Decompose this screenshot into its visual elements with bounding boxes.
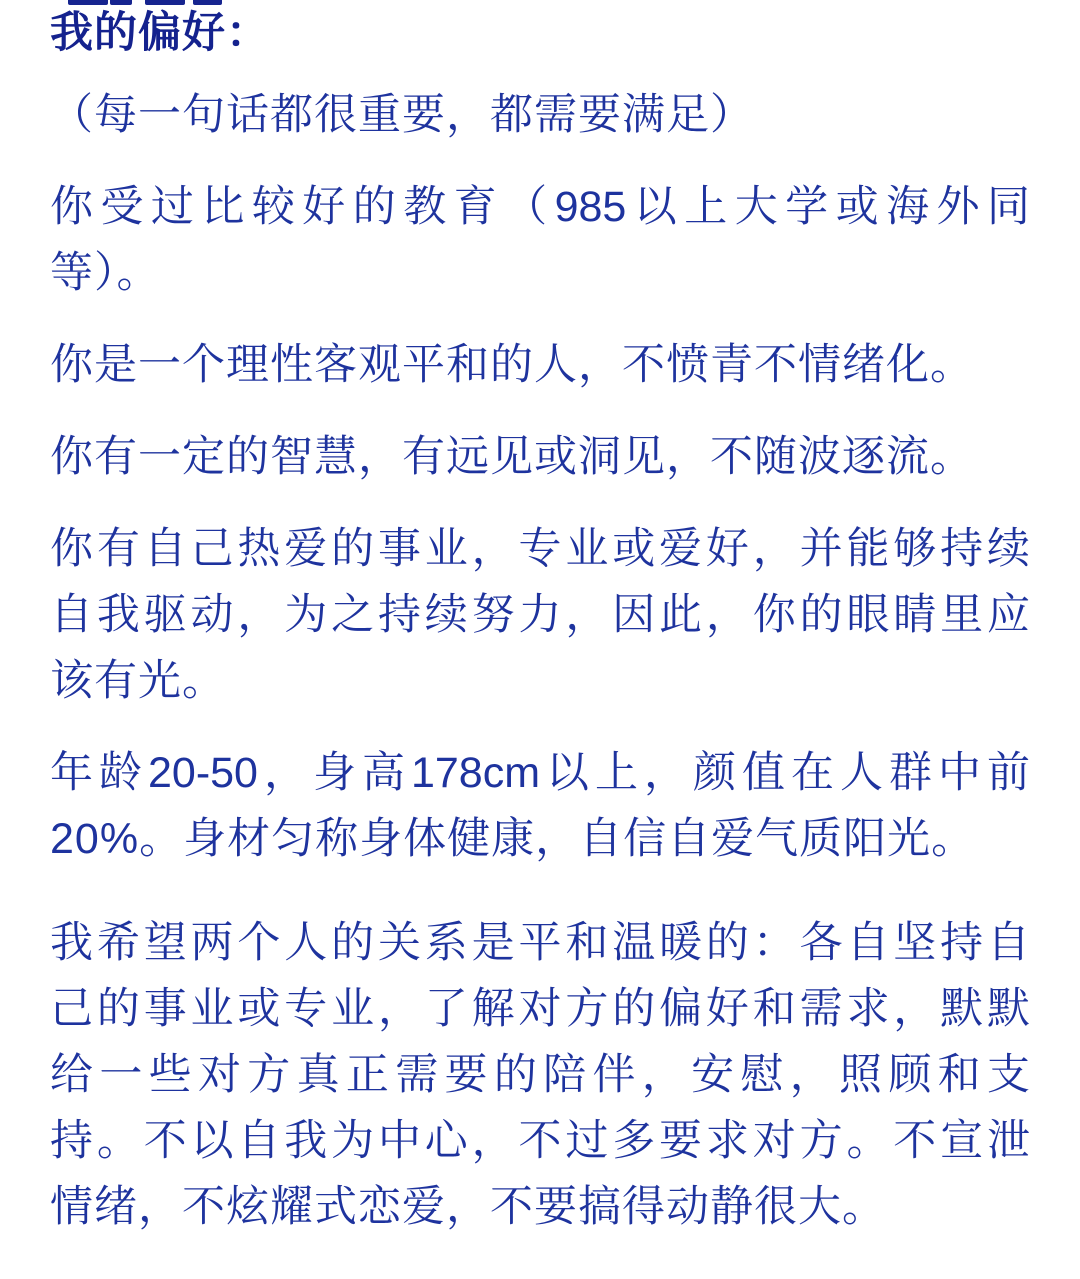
paragraph-wisdom: 你有一定的智慧，有远见或洞见，不随波逐流。 xyxy=(50,424,1030,490)
paragraph-education: 你受过比较好的教育（985以上大学或海外同 等）。 xyxy=(50,174,1030,306)
paragraph-career: 你有自己热爱的事业，专业或爱好，并能够持续 自我驱动，为之持续努力，因此，你的眼… xyxy=(50,516,1030,714)
paragraph-line: 你有自己热爱的事业，专业或爱好，并能够持续 xyxy=(50,516,1030,582)
paragraph-line: 年龄20-50，身高178cm以上，颜值在人群中前 xyxy=(50,740,1030,806)
paragraph-note: （每一句话都很重要，都需要满足） xyxy=(50,82,1030,148)
paragraph-line: 等）。 xyxy=(50,240,1030,306)
paragraph-line: 情绪，不炫耀式恋爱，不要搞得动静很大。 xyxy=(50,1174,1030,1240)
paragraph-line: 你有一定的智慧，有远见或洞见，不随波逐流。 xyxy=(50,424,1030,490)
page-title: 我的偏好： xyxy=(50,0,1030,66)
paragraph-line: （每一句话都很重要，都需要满足） xyxy=(50,82,1030,148)
paragraph-age-appearance: 年龄20-50，身高178cm以上，颜值在人群中前 20%。身材匀称身体健康，自… xyxy=(50,740,1030,872)
article-body: 我的偏好： （每一句话都很重要，都需要满足） 你受过比较好的教育（985以上大学… xyxy=(0,0,1080,1279)
paragraph-line: 自我驱动，为之持续努力，因此，你的眼睛里应 xyxy=(50,582,1030,648)
paragraph-line: 我希望两个人的关系是平和温暖的：各自坚持自 xyxy=(50,910,1030,976)
paragraph-line: 你受过比较好的教育（985以上大学或海外同 xyxy=(50,174,1030,240)
paragraph-personality: 你是一个理性客观平和的人，不愤青不情绪化。 xyxy=(50,332,1030,398)
paragraph-line: 该有光。 xyxy=(50,648,1030,714)
paragraph-line: 给一些对方真正需要的陪伴，安慰，照顾和支 xyxy=(50,1042,1030,1108)
paragraph-relationship: 我希望两个人的关系是平和温暖的：各自坚持自 己的事业或专业，了解对方的偏好和需求… xyxy=(50,910,1030,1240)
paragraph-line: 己的事业或专业，了解对方的偏好和需求，默默 xyxy=(50,976,1030,1042)
paragraph-line: 你是一个理性客观平和的人，不愤青不情绪化。 xyxy=(50,332,1030,398)
paragraph-line: 20%。身材匀称身体健康，自信自爱气质阳光。 xyxy=(50,806,1030,872)
paragraph-line: 持。不以自我为中心，不过多要求对方。不宣泄 xyxy=(50,1108,1030,1174)
